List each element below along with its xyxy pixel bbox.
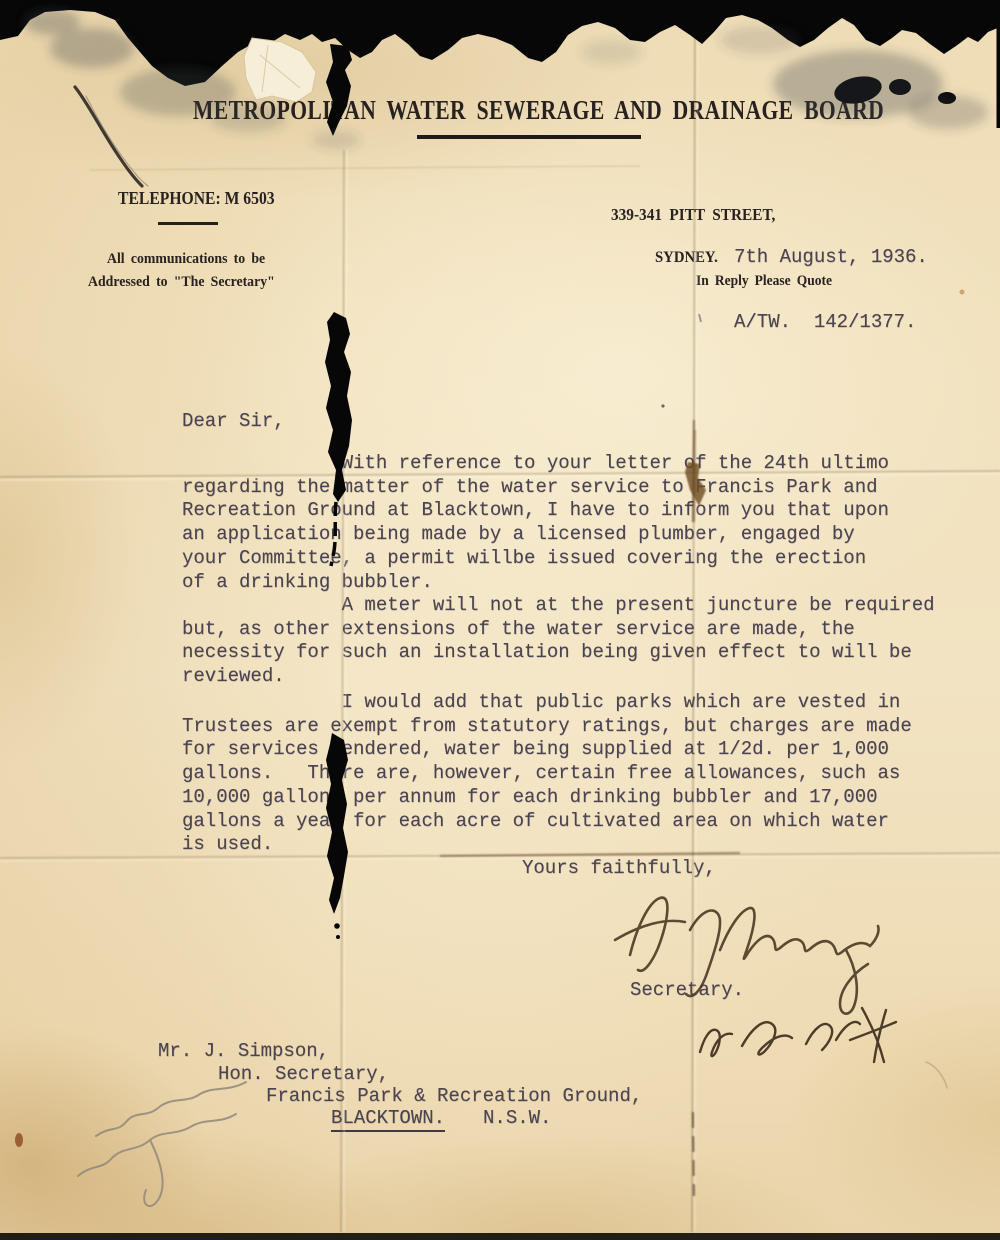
closing-valediction: Yours faithfully,	[522, 857, 716, 881]
scanned-letter: METROPOLITAN WATER SEWERAGE AND DRAINAGE…	[0, 0, 1000, 1240]
recipient-name: Mr. J. Simpson,	[158, 1040, 329, 1064]
telephone-line: TELEPHONE: M 6503	[118, 188, 275, 209]
reply-note: In Reply Please Quote	[696, 273, 832, 290]
signer-title: Secretary.	[630, 979, 744, 1003]
body-paragraph-2: A meter will not at the present juncture…	[182, 594, 935, 689]
telephone-underline	[158, 222, 218, 225]
recipient-organisation: Francis Park & Recreation Ground,	[266, 1085, 642, 1109]
recipient-state: N.S.W.	[483, 1107, 551, 1129]
reference-number: A/TW. 142/1377.	[734, 311, 916, 335]
recipient-town-line: BLACKTOWN.N.S.W.	[331, 1107, 551, 1131]
city-label: SYDNEY.	[655, 249, 718, 267]
recipient-role: Hon. Secretary,	[218, 1063, 389, 1087]
letterhead-rule	[417, 135, 641, 139]
street-address: 339-341 PITT STREET,	[611, 205, 775, 225]
communications-note-line2: Addressed to "The Secretary"	[88, 274, 275, 291]
organisation-name: METROPOLITAN WATER SEWERAGE AND DRAINAGE…	[193, 95, 884, 126]
body-paragraph-3: I would add that public parks which are …	[182, 691, 912, 857]
letter-date: 7th August, 1936.	[734, 246, 928, 270]
recipient-town: BLACKTOWN.	[331, 1107, 445, 1132]
body-paragraph-1: With reference to your letter of the 24t…	[182, 452, 889, 594]
salutation: Dear Sir,	[182, 410, 285, 434]
communications-note-line1: All communications to be	[107, 251, 265, 268]
